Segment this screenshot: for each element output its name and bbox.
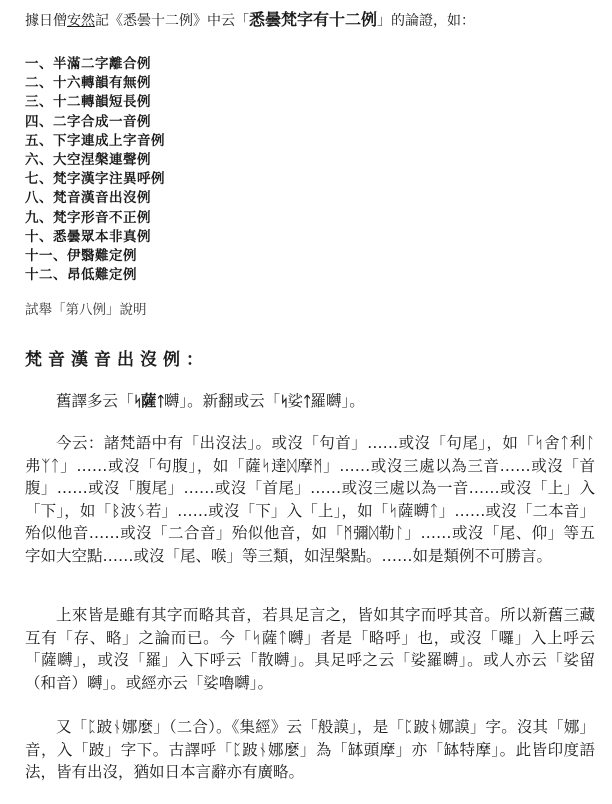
siddham-glyph: ᛋ [280,394,287,410]
rule-item: 三、十二轉韻短長例 [25,93,165,112]
rule-item: 八、梵音漢音出沒例 [25,189,165,208]
rule-item: 一、半滿二字離合例 [25,55,165,74]
rule-item: 九、梵字形音不正例 [25,209,165,228]
text-run: 嚩」。新翻或云「 [164,392,280,410]
siddham-glyph: ᛏ [156,394,163,410]
intro-suffix: 」的論證，如： [377,13,475,29]
intro-emphasis: 悉曇梵字有十二例 [249,10,377,29]
paragraph-1: 舊譯多云「ᛋ薩ᛏ嚩」。新翻或云「ᛋ娑ᛏ羅嚩」。 [25,390,595,414]
paragraph-4: 又「ᛈ跛ᚾ娜麼」（二合）。《集經》云「般謨」，是「ᛈ跛ᚾ娜謨」字。沒其「娜」音，… [25,716,595,784]
rule-item: 七、梵字漢字注異呼例 [25,170,165,189]
intro-middle: 記《悉曇十二例》中云「 [95,13,249,29]
rule-item: 十、悉曇眾本非真例 [25,228,165,247]
paragraph-2: 今云：諸梵語中有「出沒法」。或沒「句首」……或沒「句尾」，如「ᛋ舍ᛏ利ᛚ弗ᛉᛏ」… [25,432,595,567]
rules-list: 一、半滿二字離合例 二、十六轉韻有無例 三、十二轉韻短長例 四、二字合成一音例 … [25,55,165,285]
text-run: 娑 [288,392,304,410]
rule-item: 六、大空涅槃連聲例 [25,151,165,170]
rule-item: 二、十六轉韻有無例 [25,74,165,93]
text-run: 羅嚩」。 [310,392,364,410]
author-name: 安然 [67,13,95,29]
rule-item: 五、下字連成上字音例 [25,132,165,151]
text-run: 舊譯多云「 [56,392,134,410]
intro-line: 據日僧安然記《悉曇十二例》中云「悉曇梵字有十二例」的論證，如： [25,10,475,31]
paragraph-3: 上來皆是雖有其字而略其音，若具足言之，皆如其字而呼其音。所以新舊三藏互有「存、略… [25,604,595,694]
rule-item: 四、二字合成一音例 [25,113,165,132]
section-title: 梵音漢音出沒例： [25,345,209,370]
rule-item: 十一、伊翳難定例 [25,247,165,266]
rule-item: 十二、昂低難定例 [25,266,165,285]
intro-prefix: 據日僧 [25,13,67,29]
text-run: 薩 [141,392,157,410]
example-note: 試舉「第八例」說明 [25,300,147,320]
siddham-glyph: ᛋ [134,394,141,410]
